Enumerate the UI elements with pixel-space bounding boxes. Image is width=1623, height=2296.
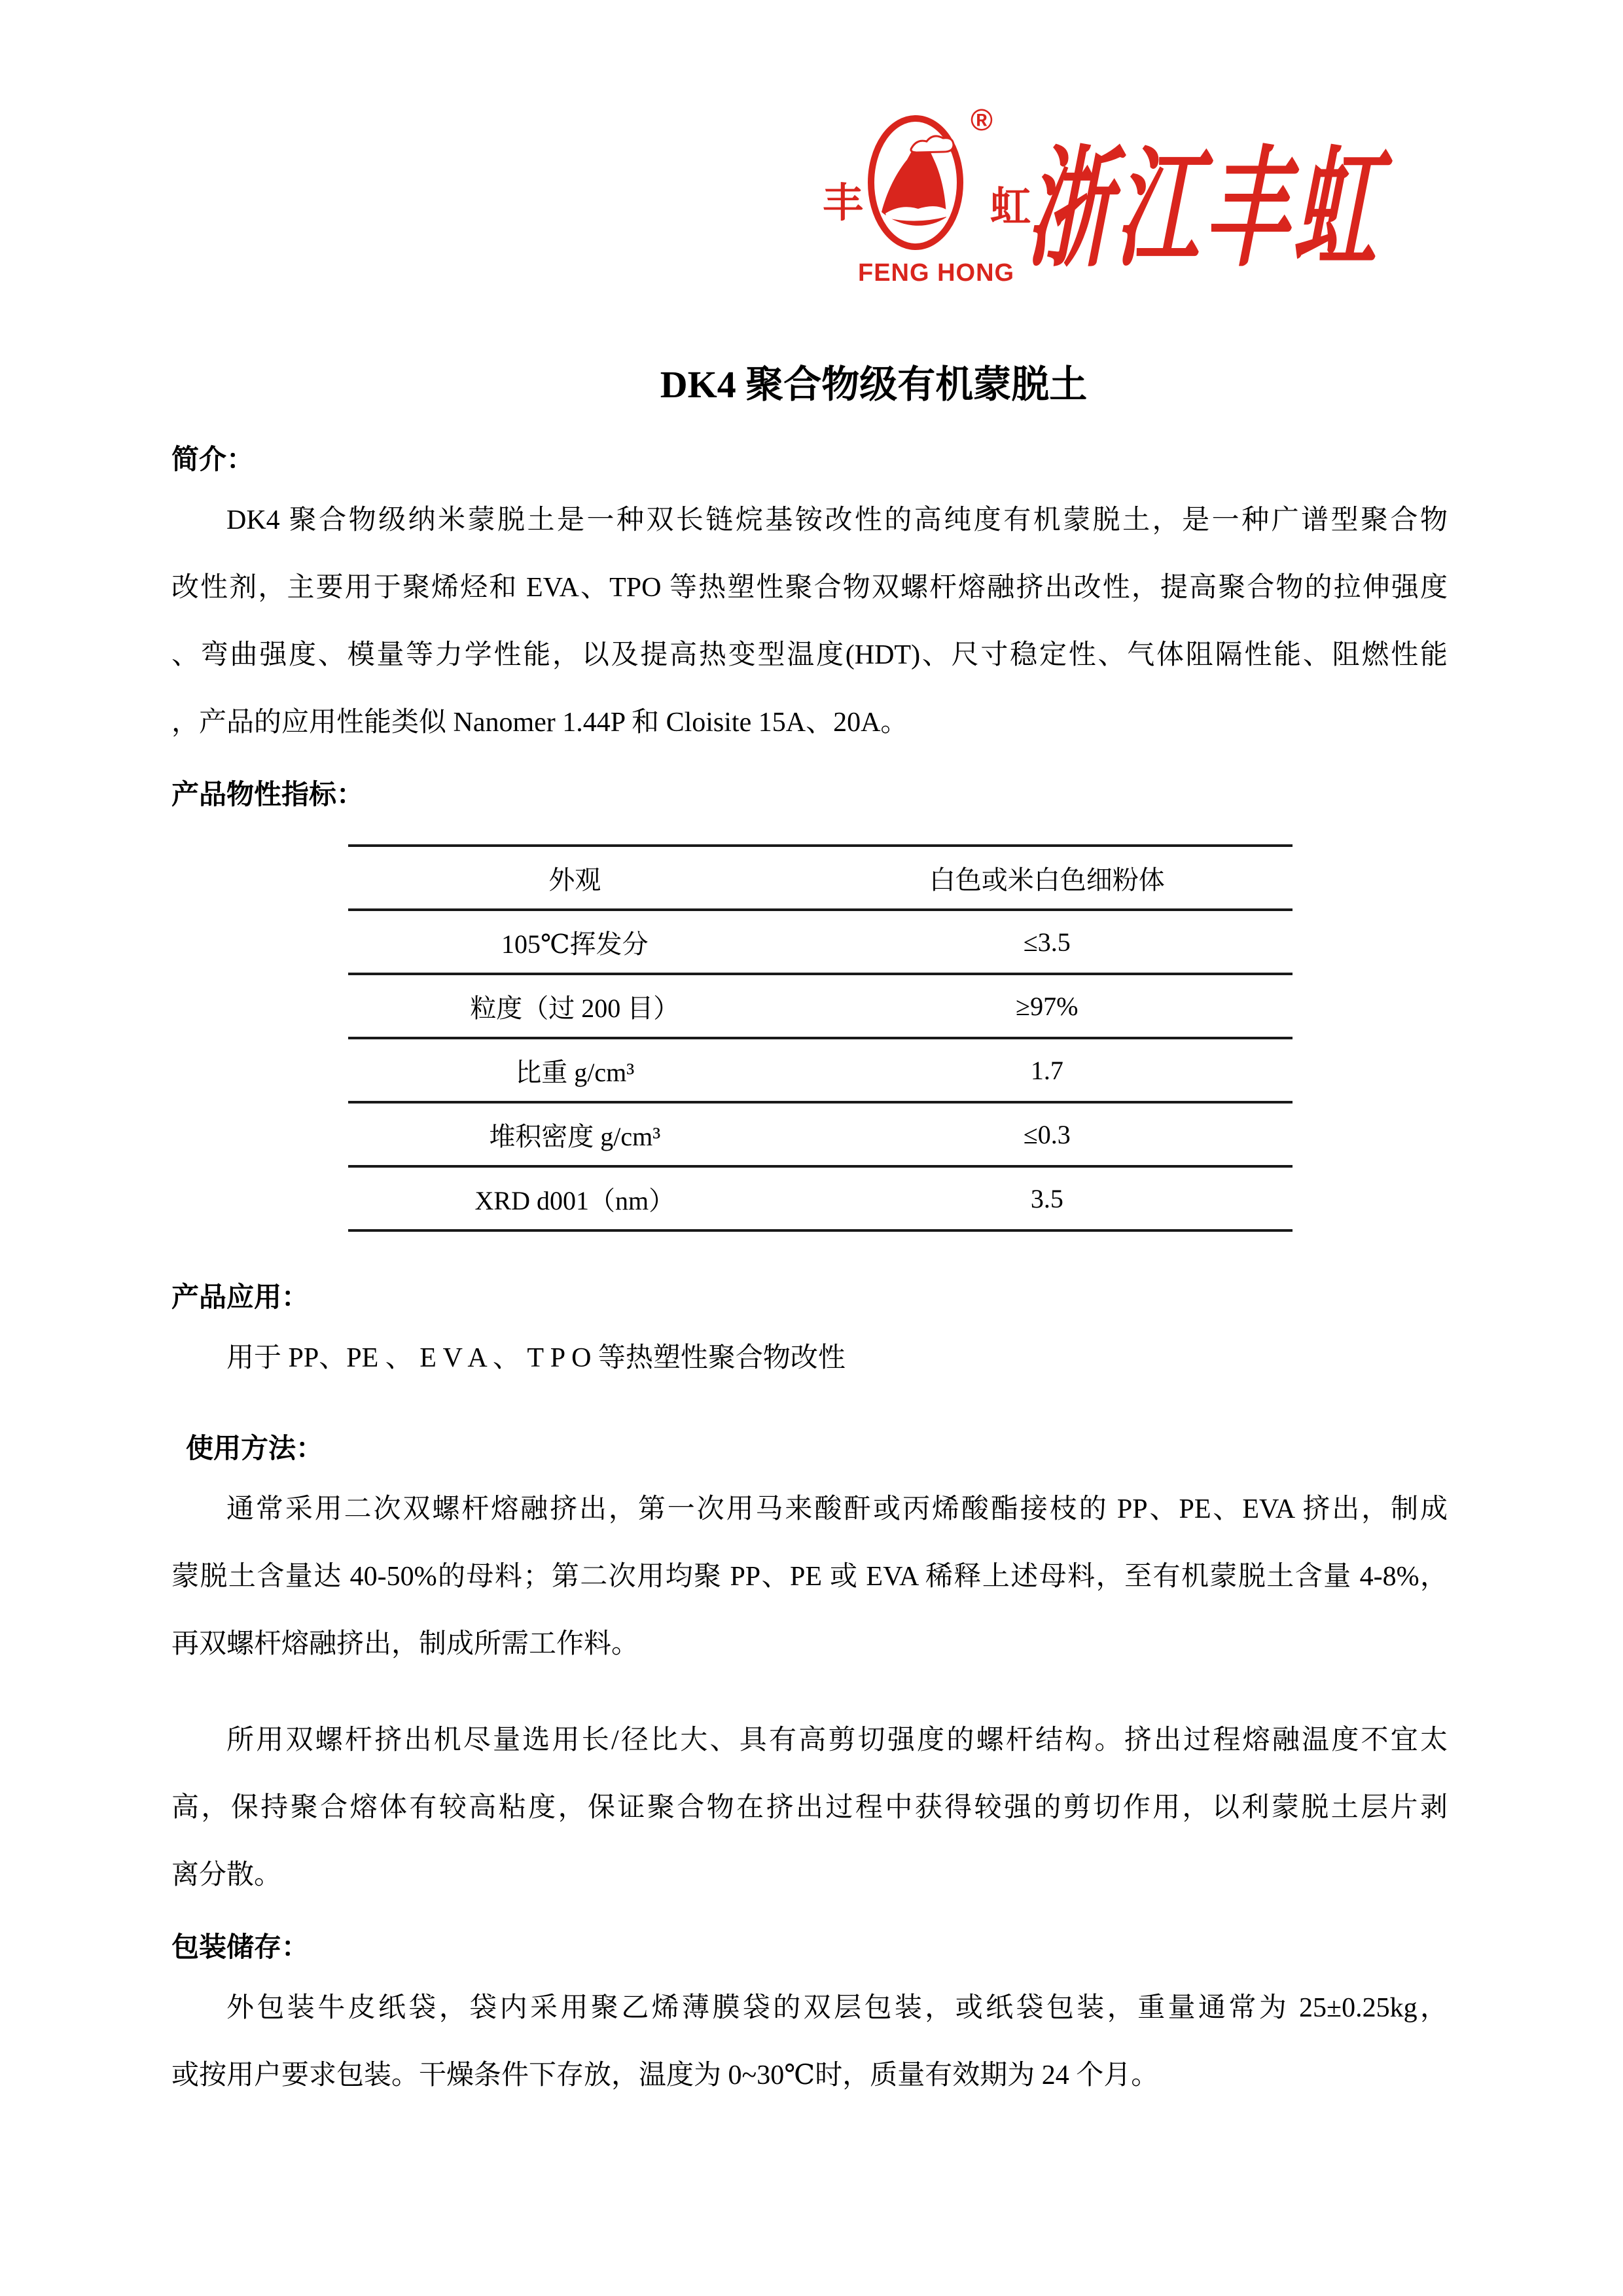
hong-character: 虹 (990, 174, 1031, 232)
usage-line: 通常采用二次双螺杆熔融挤出，第一次用马来酸酐或丙烯酸酯接枝的 PP、PE、EVA… (171, 1476, 1448, 1543)
specs-table: 外观 白色或米白色细粉体 105℃挥发分 ≤3.5 粒度（过 200 目） ≥9… (348, 844, 1293, 1232)
spec-value: ≤3.5 (802, 910, 1293, 974)
spec-value: 1.7 (802, 1038, 1293, 1102)
section-heading-intro: 简介： (171, 441, 1448, 479)
mountain-emblem-icon (866, 114, 965, 257)
intro-line: 、弯曲强度、模量等力学性能，以及提高热变型温度(HDT)、尺寸稳定性、气体阻隔性… (171, 622, 1448, 689)
applications-paragraph: 用于 PP、PE 、 E V A 、 T P O 等热塑性聚合物改性 (171, 1325, 1448, 1392)
spec-property: 105℃挥发分 (348, 910, 802, 974)
intro-line: ，产品的应用性能类似 Nanomer 1.44P 和 Cloisite 15A、… (171, 689, 1448, 757)
usage-line: 蒙脱土含量达 40-50%的母料；第二次用均聚 PP、PE 或 EVA 稀释上述… (171, 1543, 1448, 1611)
packaging-line: 或按用户要求包装。干燥条件下存放，温度为 0~30℃时，质量有效期为 24 个月… (171, 2042, 1448, 2109)
usage-line: 高，保持聚合熔体有较高粘度，保证聚合物在挤出过程中获得较强的剪切作用，以利蒙脱土… (171, 1774, 1448, 1842)
packaging-line: 外包装牛皮纸袋，袋内采用聚乙烯薄膜袋的双层包装，或纸袋包装，重量通常为 25±0… (171, 1975, 1448, 2042)
table-row: 堆积密度 g/cm³ ≤0.3 (348, 1102, 1293, 1166)
table-row: XRD d001（nm） 3.5 (348, 1166, 1293, 1230)
spec-property: 堆积密度 g/cm³ (348, 1102, 802, 1166)
spec-property: XRD d001（nm） (348, 1166, 802, 1230)
table-row: 粒度（过 200 目） ≥97% (348, 974, 1293, 1038)
document-page: 丰 ® 虹 FENG HONG 浙江丰虹 DK4 聚合物级有机蒙脱土 简介： D… (0, 0, 1623, 2296)
fenghong-romanized-text: FENG HONG (858, 259, 976, 287)
usage-paragraph-2: 所用双螺杆挤出机尽量选用长/径比大、具有高剪切强度的螺杆结构。挤出过程熔融温度不… (171, 1707, 1448, 1909)
spec-property: 外观 (348, 846, 802, 910)
company-logo: 丰 ® 虹 FENG HONG 浙江丰虹 (815, 97, 1469, 268)
company-calligraphy: 浙江丰虹 (1024, 105, 1387, 291)
usage-line: 再双螺杆熔融挤出，制成所需工作料。 (171, 1611, 1448, 1678)
section-heading-packaging: 包装储存： (171, 1929, 1448, 1967)
table-row: 比重 g/cm³ 1.7 (348, 1038, 1293, 1102)
intro-line: DK4 聚合物级纳米蒙脱土是一种双长链烷基铵改性的高纯度有机蒙脱土，是一种广谱型… (171, 487, 1448, 554)
spec-value: 白色或米白色细粉体 (802, 846, 1293, 910)
spec-value: ≥97% (802, 974, 1293, 1038)
document-body: 简介： DK4 聚合物级纳米蒙脱土是一种双长链烷基铵改性的高纯度有机蒙脱土，是一… (0, 441, 1623, 2109)
spec-property: 比重 g/cm³ (348, 1038, 802, 1102)
usage-line: 离分散。 (171, 1842, 1448, 1909)
table-row: 105℃挥发分 ≤3.5 (348, 910, 1293, 974)
spec-value: ≤0.3 (802, 1102, 1293, 1166)
intro-line: 改性剂，主要用于聚烯烃和 EVA、TPO 等热塑性聚合物双螺杆熔融挤出改性，提高… (171, 554, 1448, 622)
applications-line: 用于 PP、PE 、 E V A 、 T P O 等热塑性聚合物改性 (171, 1325, 1448, 1392)
usage-paragraph-1: 通常采用二次双螺杆熔融挤出，第一次用马来酸酐或丙烯酸酯接枝的 PP、PE、EVA… (171, 1476, 1448, 1678)
section-heading-applications: 产品应用： (171, 1279, 1448, 1317)
section-heading-usage: 使用方法： (171, 1430, 1448, 1468)
table-row: 外观 白色或米白色细粉体 (348, 846, 1293, 910)
feng-character: 丰 (823, 170, 863, 228)
usage-line: 所用双螺杆挤出机尽量选用长/径比大、具有高剪切强度的螺杆结构。挤出过程熔融温度不… (171, 1707, 1448, 1774)
registered-trademark-icon: ® (971, 102, 993, 137)
packaging-paragraph: 外包装牛皮纸袋，袋内采用聚乙烯薄膜袋的双层包装，或纸袋包装，重量通常为 25±0… (171, 1975, 1448, 2109)
document-title: DK4 聚合物级有机蒙脱土 (0, 359, 1623, 411)
intro-paragraph: DK4 聚合物级纳米蒙脱土是一种双长链烷基铵改性的高纯度有机蒙脱土，是一种广谱型… (171, 487, 1448, 757)
spec-property: 粒度（过 200 目） (348, 974, 802, 1038)
section-heading-specs: 产品物性指标： (171, 776, 1448, 814)
spec-value: 3.5 (802, 1166, 1293, 1230)
